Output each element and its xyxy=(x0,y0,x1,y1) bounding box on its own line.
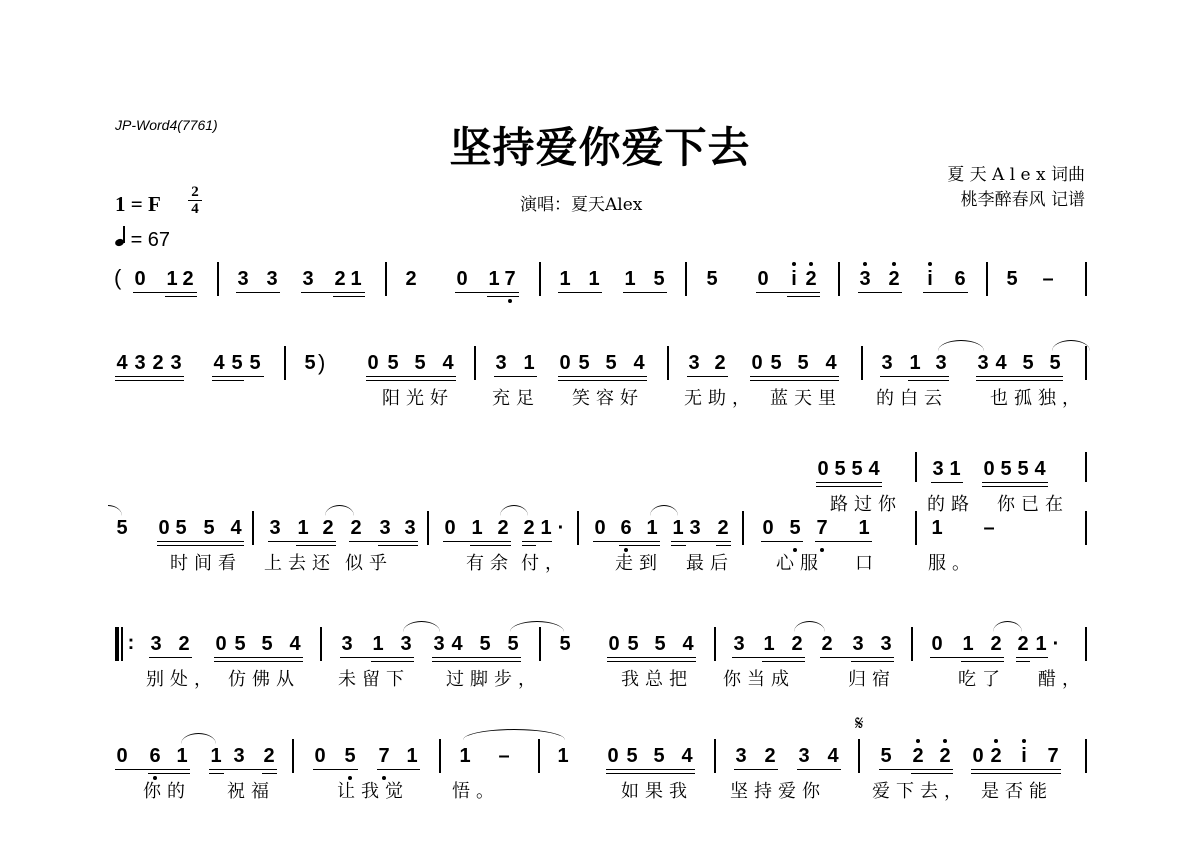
underline xyxy=(157,545,244,546)
note: 5 xyxy=(303,352,317,374)
underline xyxy=(732,657,805,658)
note: 2 xyxy=(1016,633,1030,655)
note: 2 xyxy=(989,633,1003,655)
repeat-start-thin xyxy=(121,627,123,661)
underline xyxy=(209,773,224,774)
underline xyxy=(716,545,731,546)
underline xyxy=(756,292,820,293)
note: 5 xyxy=(248,352,262,374)
lyric: 未留下 xyxy=(338,665,410,691)
lyricist-composer: 夏 天 A l e x 词曲 xyxy=(947,163,1085,188)
underline xyxy=(623,292,667,293)
note: 5 xyxy=(1005,268,1019,290)
note: 1 xyxy=(671,517,685,539)
note: 3 xyxy=(432,633,446,655)
lyric: 是否能 xyxy=(981,777,1053,803)
score-line-3: 5055431223301221·06113205711–时间看上去还似乎有余付… xyxy=(0,517,1200,597)
barline xyxy=(714,739,716,773)
note: 0 xyxy=(606,745,620,767)
note: 2 xyxy=(989,745,1003,767)
underline xyxy=(750,380,839,381)
barline xyxy=(539,627,541,661)
underline xyxy=(908,380,949,381)
note: 6 xyxy=(619,517,633,539)
barline xyxy=(1085,627,1087,661)
repeat-colon: : xyxy=(124,632,138,654)
underline xyxy=(607,657,696,658)
underline xyxy=(816,486,882,487)
note: 6 xyxy=(953,268,967,290)
note: 5 xyxy=(230,352,244,374)
underline xyxy=(982,482,1048,483)
underline xyxy=(470,545,511,546)
repeat-start-thick xyxy=(115,627,119,661)
underline xyxy=(494,376,537,377)
note: 5 xyxy=(850,458,864,480)
barline xyxy=(915,452,917,482)
barline xyxy=(858,739,860,773)
note: 3 xyxy=(797,745,811,767)
lyric: 阳光好 xyxy=(382,384,454,410)
underline xyxy=(522,545,536,546)
lyric: 你已在 xyxy=(997,490,1069,516)
slur xyxy=(794,621,825,632)
note: 2 xyxy=(716,517,730,539)
note: 4 xyxy=(867,458,881,480)
note: 4 xyxy=(450,633,464,655)
note: 5 xyxy=(626,633,640,655)
note: 4 xyxy=(229,517,243,539)
underline xyxy=(236,292,280,293)
note: 1 xyxy=(175,745,189,767)
score-line-1: (012333212017111550i232i65– xyxy=(0,268,1200,348)
barline xyxy=(1085,346,1087,380)
underline xyxy=(593,541,660,542)
slur xyxy=(181,733,216,744)
underline xyxy=(340,657,414,658)
lyric: 你当成 xyxy=(723,665,795,691)
note: 3 xyxy=(879,633,893,655)
note: 0 xyxy=(133,268,147,290)
note: – xyxy=(1041,268,1055,290)
note: 5 xyxy=(625,745,639,767)
underline xyxy=(115,769,190,770)
note: 1 xyxy=(209,745,223,767)
lyric: 笑容好 xyxy=(572,384,644,410)
note: 3 xyxy=(880,352,894,374)
note: 3 xyxy=(934,352,948,374)
underline xyxy=(262,773,277,774)
slur xyxy=(463,729,565,740)
time-signature: 2 4 xyxy=(188,185,202,216)
note: 4 xyxy=(441,352,455,374)
underline xyxy=(961,661,1004,662)
underline xyxy=(687,376,728,377)
note: 2 xyxy=(820,633,834,655)
underline xyxy=(296,545,336,546)
underline xyxy=(671,545,686,546)
lyric: 路过你 xyxy=(830,490,902,516)
underline xyxy=(851,661,894,662)
underline xyxy=(931,482,963,483)
note: 5 xyxy=(115,517,129,539)
underline xyxy=(971,769,1061,770)
underline xyxy=(115,376,184,377)
underline xyxy=(762,661,805,662)
note: 1 xyxy=(645,517,659,539)
note: 0 xyxy=(115,745,129,767)
note: 0 xyxy=(366,352,380,374)
lyric: 蓝天里 xyxy=(770,384,842,410)
underline xyxy=(923,292,968,293)
lyric: 口 xyxy=(855,549,879,575)
note: 2 xyxy=(349,517,363,539)
underline xyxy=(858,292,902,293)
lyric: 无助， xyxy=(684,384,756,410)
note: 5 xyxy=(1016,458,1030,480)
note: 2 xyxy=(404,268,418,290)
note: 3 xyxy=(851,633,865,655)
barline xyxy=(1085,511,1087,545)
lyric: 付， xyxy=(521,549,569,575)
note: 1 xyxy=(961,633,975,655)
note: 4 xyxy=(212,352,226,374)
note: 5 xyxy=(260,633,274,655)
note: 3 xyxy=(169,352,183,374)
note: 0 xyxy=(750,352,764,374)
segno-icon: 𝄋 xyxy=(855,711,864,735)
score-line-5: 06113205711–105543234𝄋52202i7你的祝福让我觉悟。如果… xyxy=(0,745,1200,825)
note: 4 xyxy=(681,633,695,655)
note: 0 xyxy=(971,745,985,767)
note: 2 xyxy=(522,517,536,539)
note: 5 xyxy=(577,352,591,374)
barline xyxy=(1085,262,1087,296)
barline xyxy=(538,739,540,773)
note: 0 xyxy=(930,633,944,655)
note: 5 xyxy=(202,517,216,539)
note: 0 xyxy=(313,745,327,767)
note: 4 xyxy=(1033,458,1047,480)
note: 3 xyxy=(301,268,315,290)
note: 5 xyxy=(653,633,667,655)
note: 1 xyxy=(623,268,637,290)
underline xyxy=(378,545,418,546)
lyric: 吃了 xyxy=(958,665,1006,691)
note: 4 xyxy=(994,352,1008,374)
note: 5 xyxy=(1021,352,1035,374)
credits: 夏 天 A l e x 词曲 桃李醉春风 记谱 xyxy=(947,163,1085,213)
lyric: 坚持爱你 xyxy=(730,777,826,803)
note: 2 xyxy=(790,633,804,655)
underline xyxy=(371,661,414,662)
note: 4 xyxy=(115,352,129,374)
note: 3 xyxy=(149,633,163,655)
lyric: 走到 xyxy=(615,549,663,575)
underline xyxy=(149,657,192,658)
note: 2 xyxy=(333,268,347,290)
note: 2 xyxy=(887,268,901,290)
underline xyxy=(268,541,336,542)
time-sig-bottom: 4 xyxy=(191,201,199,217)
note: 3 xyxy=(378,517,392,539)
note: 0 xyxy=(816,458,830,480)
note: 0 xyxy=(982,458,996,480)
note: 3 xyxy=(265,268,279,290)
note: 0 xyxy=(607,633,621,655)
note: 0 xyxy=(455,268,469,290)
note: 1 xyxy=(908,352,922,374)
note: 1 xyxy=(165,268,179,290)
underline xyxy=(443,541,511,542)
note: 0 xyxy=(558,352,572,374)
note: 5 xyxy=(788,517,802,539)
tempo-marking: = 67 xyxy=(115,226,170,252)
note: 3 xyxy=(734,745,748,767)
barline xyxy=(742,511,744,545)
underline xyxy=(214,657,303,658)
lyric: 仿佛从 xyxy=(228,665,300,691)
note: 2 xyxy=(321,517,335,539)
underline xyxy=(558,380,647,381)
note: 7 xyxy=(815,517,829,539)
dot: · xyxy=(1049,633,1063,655)
underline xyxy=(930,657,1004,658)
note: – xyxy=(497,745,511,767)
lyric: 上去还 xyxy=(264,549,336,575)
lyric: 服。 xyxy=(928,549,976,575)
barline xyxy=(685,262,687,296)
note: 1 xyxy=(930,517,944,539)
note: 5 xyxy=(1048,352,1062,374)
underline xyxy=(214,661,303,662)
underline xyxy=(880,376,949,377)
barline xyxy=(714,627,716,661)
score-line-2: 43234555)05543105543205543133455阳光好充足笑容好… xyxy=(0,352,1200,432)
underline xyxy=(115,380,184,381)
note: 2 xyxy=(911,745,925,767)
underline xyxy=(797,769,841,770)
lyric: 充足 xyxy=(492,384,540,410)
barline xyxy=(320,627,322,661)
lyric: 归宿 xyxy=(848,665,896,691)
underline xyxy=(165,296,197,297)
transcriber: 桃李醉春风 记谱 xyxy=(947,188,1085,213)
note: 1 xyxy=(1034,633,1048,655)
note: 3 xyxy=(340,633,354,655)
underline xyxy=(455,292,519,293)
barline xyxy=(861,346,863,380)
note: 5 xyxy=(413,352,427,374)
underline xyxy=(333,296,365,297)
lyric: 爱下去， xyxy=(872,777,968,803)
open-paren: ( xyxy=(114,265,121,291)
barline xyxy=(911,627,913,661)
underline xyxy=(750,376,839,377)
note: 1 xyxy=(948,458,962,480)
note: 4 xyxy=(824,352,838,374)
barline xyxy=(667,346,669,380)
note: 2 xyxy=(804,268,818,290)
note: 1 xyxy=(405,745,419,767)
underline xyxy=(487,296,519,297)
note: 5 xyxy=(833,458,847,480)
note: i xyxy=(1017,745,1031,767)
slur xyxy=(403,621,440,632)
note: 4 xyxy=(680,745,694,767)
note: 3 xyxy=(688,517,702,539)
lyric: 悟。 xyxy=(452,777,500,803)
underline xyxy=(820,657,894,658)
lyric: 如果我 xyxy=(621,777,693,803)
barline xyxy=(539,262,541,296)
lyric: 时间看 xyxy=(170,549,242,575)
tempo-value: = 67 xyxy=(131,229,170,251)
slur xyxy=(510,621,564,632)
note: 2 xyxy=(177,633,191,655)
note: 5 xyxy=(604,352,618,374)
barline xyxy=(838,262,840,296)
underline xyxy=(734,769,778,770)
underline xyxy=(148,773,190,774)
underline xyxy=(606,769,695,770)
note: 2 xyxy=(763,745,777,767)
note: 3 xyxy=(976,352,990,374)
note: 1 xyxy=(556,745,570,767)
note: 3 xyxy=(236,268,250,290)
quarter-note-icon xyxy=(115,226,125,246)
barline xyxy=(1085,452,1087,482)
note: 1 xyxy=(371,633,385,655)
note: 5 xyxy=(652,268,666,290)
note: 3 xyxy=(858,268,872,290)
underline xyxy=(366,376,456,377)
note: 7 xyxy=(377,745,391,767)
barline xyxy=(439,739,441,773)
note: 2 xyxy=(713,352,727,374)
key-signature: 1 = F xyxy=(115,192,161,217)
note: 0 xyxy=(443,517,457,539)
barline xyxy=(474,346,476,380)
note: 1 xyxy=(296,517,310,539)
note: i xyxy=(787,268,801,290)
note: 3 xyxy=(687,352,701,374)
note: 5 xyxy=(769,352,783,374)
underline xyxy=(976,380,1063,381)
barline xyxy=(385,262,387,296)
note: 2 xyxy=(262,745,276,767)
lyric: 也孤独， xyxy=(990,384,1086,410)
note: 3 xyxy=(399,633,413,655)
barline xyxy=(915,511,917,545)
note: 5 xyxy=(174,517,188,539)
lyric: 过脚步， xyxy=(446,665,542,691)
barline xyxy=(292,739,294,773)
underline xyxy=(815,541,872,542)
note: 1 xyxy=(522,352,536,374)
note: 5 xyxy=(386,352,400,374)
note: 5 xyxy=(879,745,893,767)
note: 2 xyxy=(181,268,195,290)
time-sig-top: 2 xyxy=(191,184,199,200)
note: 1 xyxy=(857,517,871,539)
note: 0 xyxy=(593,517,607,539)
note: 1 xyxy=(349,268,363,290)
note: 3 xyxy=(931,458,945,480)
note: 0 xyxy=(761,517,775,539)
underline xyxy=(619,545,660,546)
underline xyxy=(313,769,358,770)
underline xyxy=(212,376,264,377)
lyric: 醋， xyxy=(1038,665,1086,691)
underline xyxy=(1016,661,1030,662)
note: 4 xyxy=(632,352,646,374)
underline xyxy=(879,769,953,770)
note: 5 xyxy=(478,633,492,655)
underline xyxy=(558,376,647,377)
barline xyxy=(427,511,429,545)
underline xyxy=(911,773,953,774)
barline xyxy=(986,262,988,296)
underline xyxy=(432,657,521,658)
note: 4 xyxy=(288,633,302,655)
lyric: 我总把 xyxy=(621,665,693,691)
underline xyxy=(606,773,695,774)
note: 7 xyxy=(503,268,517,290)
underline xyxy=(607,661,696,662)
note: i xyxy=(923,268,937,290)
note: 5 xyxy=(999,458,1013,480)
note: 0 xyxy=(214,633,228,655)
note: 6 xyxy=(148,745,162,767)
underline xyxy=(377,769,420,770)
note: 3 xyxy=(232,745,246,767)
lyric: 有余 xyxy=(466,549,514,575)
note: 0 xyxy=(157,517,171,539)
underline xyxy=(522,541,552,542)
note: 5 xyxy=(343,745,357,767)
underline xyxy=(787,296,820,297)
note: – xyxy=(982,517,996,539)
note: 1 xyxy=(539,517,553,539)
note: 7 xyxy=(1046,745,1060,767)
note: 2 xyxy=(938,745,952,767)
note: 2 xyxy=(496,517,510,539)
dot: · xyxy=(554,517,568,539)
underline xyxy=(1016,657,1048,658)
note: 0 xyxy=(756,268,770,290)
barline xyxy=(1085,739,1087,773)
note: 5 xyxy=(652,745,666,767)
underline xyxy=(432,661,521,662)
note: 1 xyxy=(458,745,472,767)
underline xyxy=(971,773,1061,774)
barline xyxy=(577,511,579,545)
note: 3 xyxy=(732,633,746,655)
underline xyxy=(816,482,882,483)
score-line-4: :32055431334555055431223301221·别处，仿佛从未留下… xyxy=(0,633,1200,713)
underline xyxy=(982,486,1048,487)
note: 1 xyxy=(762,633,776,655)
underline xyxy=(761,541,803,542)
underline xyxy=(349,541,418,542)
lyric: 让我觉 xyxy=(337,777,409,803)
note: 5 xyxy=(796,352,810,374)
slur xyxy=(993,621,1022,632)
note: 5 xyxy=(558,633,572,655)
note: 1 xyxy=(487,268,501,290)
note: 1 xyxy=(558,268,572,290)
